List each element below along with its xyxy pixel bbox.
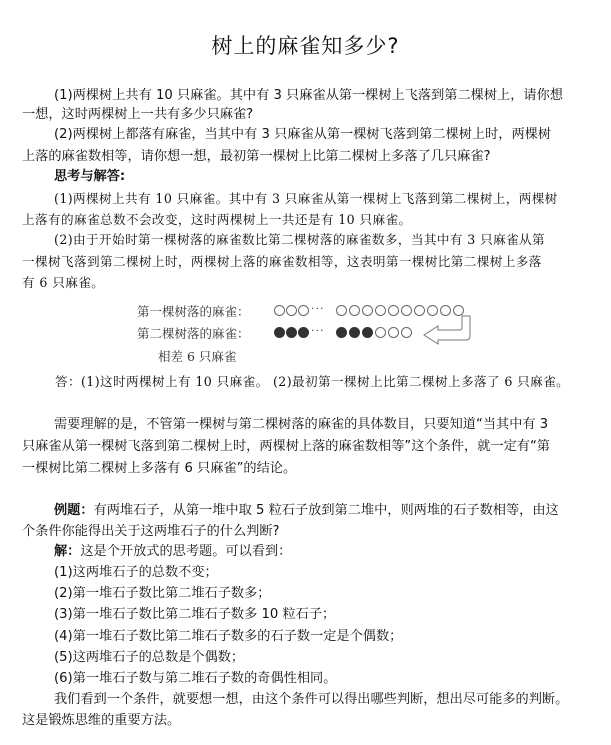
question-1-line-2: 一想，这时两棵树上一共有多少只麻雀? [22,105,253,125]
note-line-2: 只麻雀从第一棵树飞落到第二棵树上时，两棵树上落的麻雀数相等”这个条件，就一定有“… [22,437,550,457]
example-line-2: 个条件你能得出关于这两堆石子的什么判断? [22,522,280,542]
filled-circle-icon [274,327,285,338]
question-2-line-1: (2)两棵树上都落有麻雀，当其中有 3 只麻雀从第一棵树飞落到第二棵树上时，两棵… [54,125,551,145]
solve-text: 这是个开放式的思考题。可以看到： [80,544,291,559]
hollow-circle-icon [401,305,412,316]
page-title: 树上的麻雀知多少? [0,30,611,60]
hollow-circle-icon [336,305,347,316]
hollow-circle-icon [388,327,399,338]
question-1-line-1: (1)两棵树上共有 10 只麻雀。其中有 3 只麻雀从第一棵树上飞落到第二棵树上… [54,86,563,106]
solve-item-2: (2)第一堆石子数比第二堆石子数多； [54,584,271,604]
ellipsis: ··· [311,302,325,315]
filled-circle-icon [286,327,297,338]
hollow-circle-icon [375,305,386,316]
hollow-circle-icon [362,305,373,316]
curved-arrow-icon [418,314,478,346]
hollow-circle-icon [274,305,285,316]
question-2-line-2: 上落的麻雀数相等，请你想一想，最初第一棵树上比第二棵树上多落了几只麻雀? [22,147,491,167]
solve-label: 解： [54,544,80,559]
filled-circle-icon [349,327,360,338]
answer-line: 答：(1)这时两棵树上有 10 只麻雀。 (2)最初第一棵树上比第二棵树上多落了… [55,372,569,392]
example-line-1: 例题：有两堆石子，从第一堆中取 5 粒石子放到第二堆中，则两堆的石子数相等，由这 [54,501,559,521]
solution-1-line-2: 上落有的麻雀总数不会改变，这时两棵树上一共还是有 10 只麻雀。 [22,210,411,230]
hollow-circle-icon [298,305,309,316]
hollow-circle-icon [388,305,399,316]
note-line-3: 一棵树比第二棵树上多落有 6 只麻雀”的结论。 [22,459,296,479]
solution-2-line-2: 一棵树飞落到第二棵树上时，两棵树上落的麻雀数相等，这表明第一棵树比第二棵树上多落 [22,252,542,272]
solution-2-line-1: (2)由于开始时第一棵树落的麻雀数比第二棵树落的麻雀数多，当其中有 3 只麻雀从… [54,230,545,250]
row1-label: 第一棵树落的麻雀： [137,302,250,320]
filled-circle-icon [362,327,373,338]
solution-1-line-1: (1)两棵树上共有 10 只麻雀。其中有 3 只麻雀从第一棵树上飞落到第二棵树上… [54,189,558,209]
row2-label: 第二棵树落的麻雀： [137,324,250,342]
hollow-circle-icon [286,305,297,316]
example-label: 例题： [54,503,94,518]
difference-label: 相差 6 只麻雀 [158,347,236,365]
solve-item-6: (6)第一堆石子数与第二堆石子数的奇偶性相同。 [54,669,336,689]
example-text: 有两堆石子，从第一堆中取 5 粒石子放到第二堆中，则两堆的石子数相等，由这 [94,503,559,518]
solve-item-3: (3)第一堆石子数比第二堆石子数多 10 粒石子； [54,605,335,625]
closing-line-2: 这是锻炼思维的重要方法。 [22,711,180,731]
solve-item-4: (4)第一堆石子数比第二堆石子数多的石子数一定是个偶数； [54,627,402,647]
hollow-circle-icon [401,327,412,338]
solve-item-1: (1)这两堆石子的总数不变； [54,563,218,583]
solution-2-line-3: 有 6 只麻雀。 [22,273,104,293]
ellipsis: ··· [311,324,325,337]
hollow-circle-icon [375,327,386,338]
closing-line-1: 我们看到一个条件，就要想一想，由这个条件可以得出哪些判断，想出尽可能多的判断。 [54,690,568,710]
filled-circle-icon [298,327,309,338]
hollow-circle-icon [349,305,360,316]
solve-line: 解：这是个开放式的思考题。可以看到： [54,542,291,562]
note-line-1: 需要理解的是，不管第一棵树与第二棵树落的麻雀的具体数目，只要知道“当其中有 3 [54,415,548,435]
filled-circle-icon [336,327,347,338]
solve-item-5: (5)这两堆石子的总数是个偶数； [54,648,244,668]
solution-heading: 思考与解答: [54,167,125,187]
